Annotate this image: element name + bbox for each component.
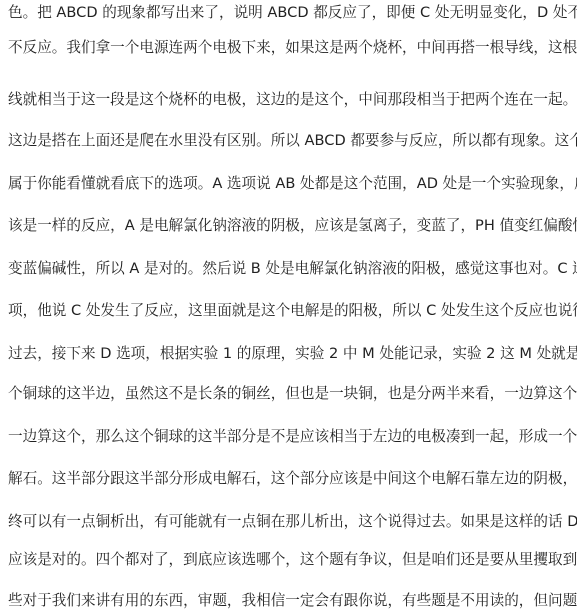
text-line-2: 不反应。我们拿一个电源连两个电极下来，如果这是两个烧杯，中间再搭一根导线，这根导 (8, 38, 577, 58)
text-line-10: 个铜球的这半边，虽然这不是长条的铜丝，但也是一块铜，也是分两半来看，一边算这个， (8, 384, 577, 404)
text-line-3: 线就相当于这一段是这个烧杯的电极，这边的是这个，中间那段相当于把两个连在一起。你 (8, 90, 577, 110)
text-line-12: 解石。这半部分跟这半部分形成电解石，这个部分应该是中间这个电解石靠左边的阴极，最 (8, 469, 577, 489)
text-line-5: 属于你能看懂就看底下的选项。A 选项说 AB 处都是这个范围，AD 处是一个实验… (8, 174, 577, 194)
text-line-14: 应该是对的。四个都对了，到底应该选哪个，这个题有争议，但是咱们还是要从里攫取到一 (8, 550, 577, 570)
text-line-1: 色。把 ABCD 的现象都写出来了，说明 ABCD 都反应了，即便 C 处无明显… (8, 3, 577, 23)
text-line-7: 变蓝偏碱性，所以 A 是对的。然后说 B 处是电解氯化钠溶液的阳极，感觉这事也对… (8, 259, 577, 279)
text-line-13: 终可以有一点铜析出，有可能就有一点铜在那儿析出，这个说得过去。如果是这样的话 D (8, 512, 577, 532)
text-line-9: 过去，接下来 D 选项，根据实验 1 的原理，实验 2 中 M 处能记录，实验 … (8, 344, 577, 364)
text-line-15: 些对于我们来讲有用的东西，审题，我相信一定会有跟你说，有些题是不用读的，但问题是 (8, 591, 577, 611)
text-line-8: 项，他说 C 处发生了反应，这里面就是这个电解是的阳极，所以 C 处发生这个反应… (8, 301, 577, 321)
text-line-4: 这边是搭在上面还是爬在水里没有区别。所以 ABCD 都要参与反应，所以都有现象。… (8, 131, 577, 151)
text-line-11: 一边算这个，那么这个铜球的这半部分是不是应该相当于左边的电极凑到一起，形成一个电 (8, 427, 577, 447)
text-line-6: 该是一样的反应，A 是电解氯化钠溶液的阴极，应该是氢离子，变蓝了，PH 值变红偏… (8, 216, 577, 236)
